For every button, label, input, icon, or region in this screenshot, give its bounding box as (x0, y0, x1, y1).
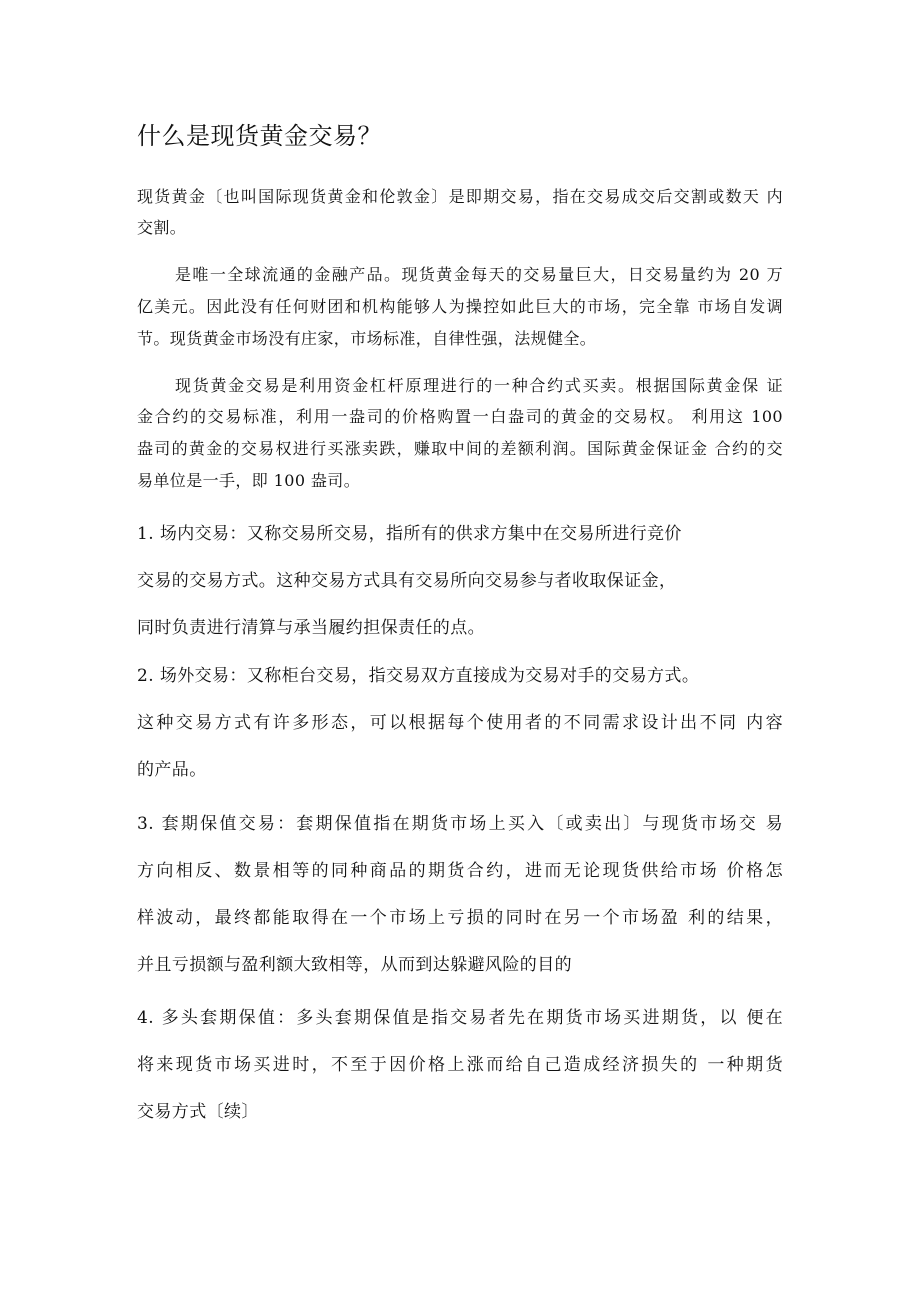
list-item-1-line: 交易的交易方式。这种交易方式具有交易所向交易参与者收取保证金， (137, 570, 783, 592)
list-item-1-line: 1. 场内交易：又称交易所交易，指所有的供求方集中在交易所进行竞价 (137, 523, 783, 545)
list-item-4-line: 4. 多头套期保值：多头套期保值是指交易者先在期货市场买进期货，以 便在 (137, 1007, 783, 1029)
list-item-4-line: 交易方式〔续〕 (137, 1101, 783, 1123)
intro-line: 现货黄金〔也叫国际现货黄金和伦敦金〕是即期交易，指在交易成交后交割或数天 内 (137, 186, 783, 208)
list-item-3-line: 方向相反、数景相等的同种商品的期货合约，进而无论现货供给市场 价格怎 (137, 860, 783, 882)
list-item-1-line: 同时负责进行清算与承当履约担保责任的点。 (137, 617, 783, 639)
paragraph-line: 金合约的交易标准，利用一盎司的价格购置一白盎司的黄金的交易权。 利用这 100 (137, 406, 783, 428)
intro-line: 交割。 (137, 217, 783, 239)
list-item-3-line: 样波动，最终都能取得在一个市场上亏损的同时在另一个市场盈 利的结果， (137, 907, 783, 929)
paragraph-line: 现货黄金交易是利用资金杠杆原理进行的一种合约式买卖。根据国际黄金保 证 (175, 375, 783, 397)
list-item-2-line: 2. 场外交易：又称柜台交易，指交易双方直接成为交易对手的交易方式。 (137, 665, 783, 687)
paragraph-line: 亿美元。因此没有任何财团和机构能够人为操控如此巨大的市场，完全靠 市场自发调 (137, 296, 783, 318)
paragraph-line: 易单位是一手，即 100 盎司。 (137, 470, 783, 492)
paragraph-line: 节。现货黄金市场没有庄家，市场标准，自律性强，法规健全。 (137, 328, 783, 350)
list-item-3-line: 3. 套期保值交易：套期保值指在期货市场上买入〔或卖出〕与现货市场交 易 (137, 813, 783, 835)
paragraph-line: 是唯一全球流通的金融产品。现货黄金每天的交易量巨大，日交易量约为 20 万 (175, 264, 783, 286)
list-item-3-line: 并且亏损额与盈利额大致相等，从而到达躲避风险的目的 (137, 954, 783, 976)
list-item-2-line: 这种交易方式有许多形态，可以根据每个使用者的不同需求设计出不同 内容 (137, 712, 783, 734)
document-page: 什么是现货黄金交易？ 现货黄金〔也叫国际现货黄金和伦敦金〕是即期交易，指在交易成… (0, 0, 920, 1303)
paragraph-line: 盎司的黄金的交易权进行买涨卖跌，赚取中间的差额利润。国际黄金保证金 合约的交 (137, 438, 783, 460)
list-item-2-line: 的产品。 (137, 759, 783, 781)
list-item-4-line: 将来现货市场买进时，不至于因价格上涨而给自己造成经济损失的 一种期货 (137, 1054, 783, 1076)
document-title: 什么是现货黄金交易？ (137, 120, 382, 152)
